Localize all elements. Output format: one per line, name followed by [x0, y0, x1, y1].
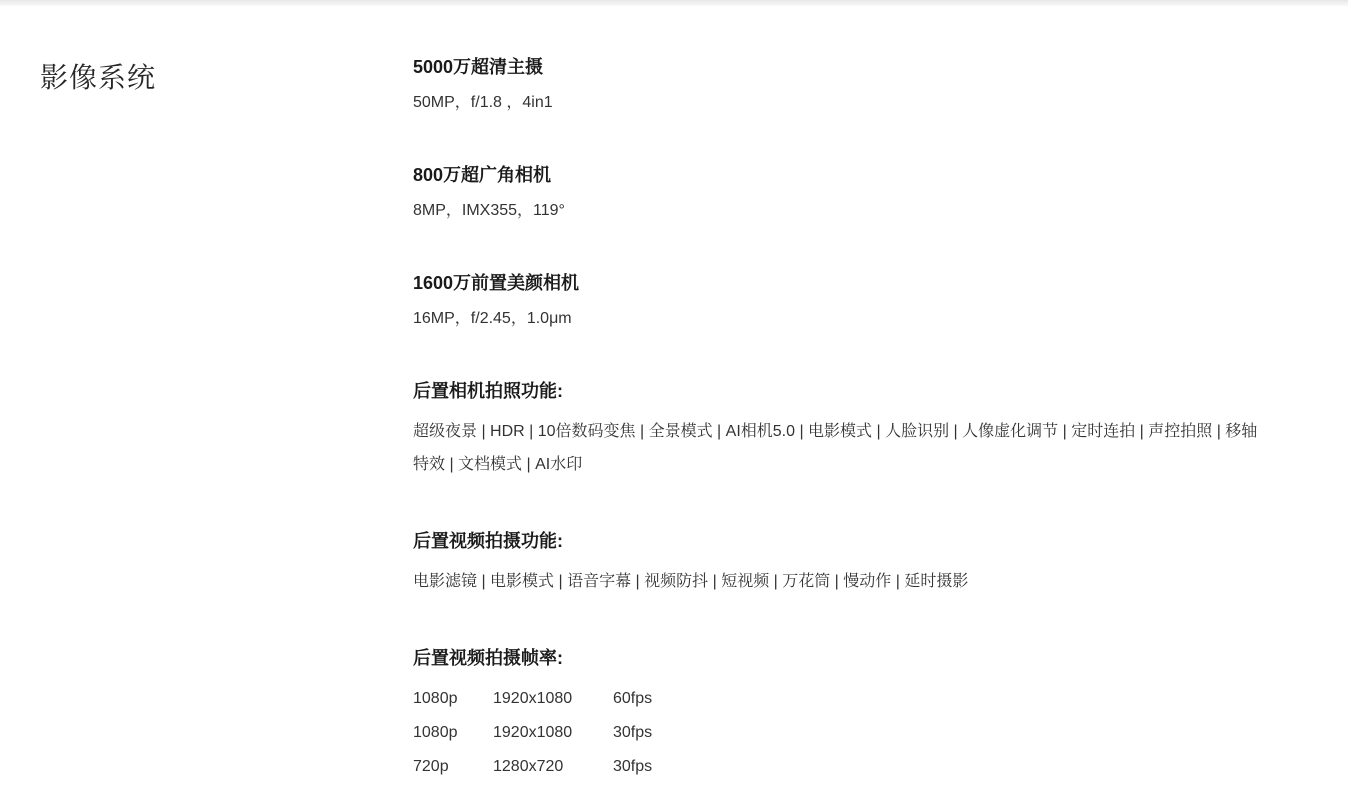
- framerate-resolution-label: 1080p: [413, 716, 493, 750]
- rear-photo-features-list: 超级夜景 | HDR | 10倍数码变焦 | 全景模式 | AI相机5.0 | …: [413, 415, 1271, 481]
- front-camera-heading: 1600万前置美颜相机: [413, 273, 1271, 293]
- spec-block-front-camera: 1600万前置美颜相机 16MP，f/2.45，1.0μm: [413, 273, 1271, 331]
- ultrawide-camera-heading: 800万超广角相机: [413, 165, 1271, 185]
- rear-video-framerates-heading: 后置视频拍摄帧率:: [413, 648, 1271, 668]
- framerate-row: 1080p 1920x1080 30fps: [413, 716, 1271, 750]
- framerate-row: 1080p 1920x1080 60fps: [413, 682, 1271, 716]
- rear-photo-features-heading: 后置相机拍照功能:: [413, 381, 1271, 401]
- rear-video-features-list: 电影滤镜 | 电影模式 | 语音字幕 | 视频防抖 | 短视频 | 万花筒 | …: [413, 565, 1271, 598]
- framerate-resolution: 1920x1080: [493, 682, 613, 716]
- framerate-resolution: 1280x720: [493, 750, 613, 784]
- top-divider: [0, 0, 1348, 6]
- framerate-resolution-label: 720p: [413, 750, 493, 784]
- spec-block-rear-video-features: 后置视频拍摄功能: 电影滤镜 | 电影模式 | 语音字幕 | 视频防抖 | 短视…: [413, 531, 1271, 598]
- framerate-fps: 60fps: [613, 682, 1271, 716]
- spec-block-ultrawide-camera: 800万超广角相机 8MP，IMX355，119°: [413, 165, 1271, 223]
- spec-content: 5000万超清主摄 50MP，f/1.8 ，4in1 800万超广角相机 8MP…: [413, 57, 1271, 784]
- main-camera-heading: 5000万超清主摄: [413, 57, 1271, 77]
- front-camera-detail: 16MP，f/2.45，1.0μm: [413, 307, 1271, 331]
- framerate-table: 1080p 1920x1080 60fps 1080p 1920x1080 30…: [413, 682, 1271, 784]
- camera-spec-page: 影像系统 5000万超清主摄 50MP，f/1.8 ，4in1 800万超广角相…: [0, 0, 1348, 787]
- ultrawide-camera-detail: 8MP，IMX355，119°: [413, 199, 1271, 223]
- section-title: 影像系统: [40, 56, 156, 96]
- spec-block-rear-video-framerates: 后置视频拍摄帧率: 1080p 1920x1080 60fps 1080p 19…: [413, 648, 1271, 784]
- spec-block-main-camera: 5000万超清主摄 50MP，f/1.8 ，4in1: [413, 57, 1271, 115]
- rear-video-features-heading: 后置视频拍摄功能:: [413, 531, 1271, 551]
- framerate-resolution: 1920x1080: [493, 716, 613, 750]
- framerate-fps: 30fps: [613, 716, 1271, 750]
- main-camera-detail: 50MP，f/1.8 ，4in1: [413, 91, 1271, 115]
- framerate-row: 720p 1280x720 30fps: [413, 750, 1271, 784]
- spec-block-rear-photo-features: 后置相机拍照功能: 超级夜景 | HDR | 10倍数码变焦 | 全景模式 | …: [413, 381, 1271, 481]
- framerate-fps: 30fps: [613, 750, 1271, 784]
- framerate-resolution-label: 1080p: [413, 682, 493, 716]
